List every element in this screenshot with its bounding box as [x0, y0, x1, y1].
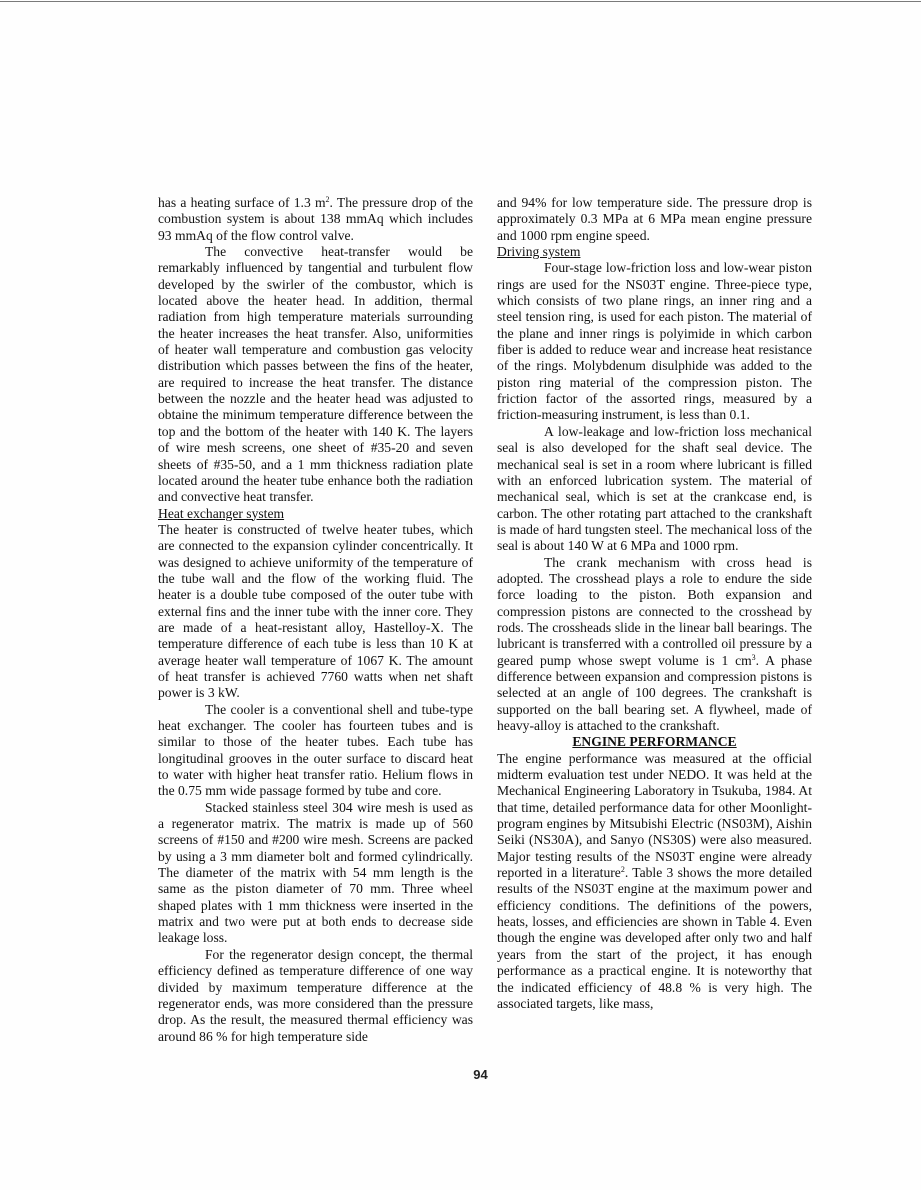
- paragraph-heater-tubes: The heater is constructed of twelve heat…: [158, 522, 473, 702]
- subheading-driving-system: Driving system: [497, 244, 812, 260]
- paragraph-crank-mechanism: The crank mechanism with cross head is a…: [497, 555, 812, 735]
- paragraph-convective-heat-transfer: The convective heat-transfer would be re…: [158, 244, 473, 506]
- page-top-border: [0, 1, 921, 2]
- text-span: has a heating surface of 1.3 m: [158, 195, 326, 210]
- paragraph-regenerator-matrix: Stacked stainless steel 304 wire mesh is…: [158, 800, 473, 947]
- subheading-heat-exchanger-system: Heat exchanger system: [158, 506, 473, 522]
- paragraph-mechanical-seal: A low-leakage and low-friction loss mech…: [497, 424, 812, 555]
- paragraph-heating-surface: has a heating surface of 1.3 m2. The pre…: [158, 195, 473, 244]
- paragraph-piston-rings: Four-stage low-friction loss and low-wea…: [497, 260, 812, 423]
- page-number: 94: [0, 1067, 921, 1082]
- right-column: and 94% for low temperature side. The pr…: [497, 195, 812, 1012]
- paragraph-engine-performance: The engine performance was measured at t…: [497, 751, 812, 1013]
- text-span: The engine performance was measured at t…: [497, 751, 812, 880]
- left-column: has a heating surface of 1.3 m2. The pre…: [158, 195, 473, 1045]
- paragraph-cooler: The cooler is a conventional shell and t…: [158, 702, 473, 800]
- paragraph-pressure-drop: and 94% for low temperature side. The pr…: [497, 195, 812, 244]
- text-span: The crank mechanism with cross head is a…: [497, 555, 812, 668]
- section-title-engine-performance: ENGINE PERFORMANCE: [497, 734, 812, 750]
- text-span: . Table 3 shows the more detailed result…: [497, 865, 812, 1011]
- paragraph-regenerator-design: For the regenerator design concept, the …: [158, 947, 473, 1045]
